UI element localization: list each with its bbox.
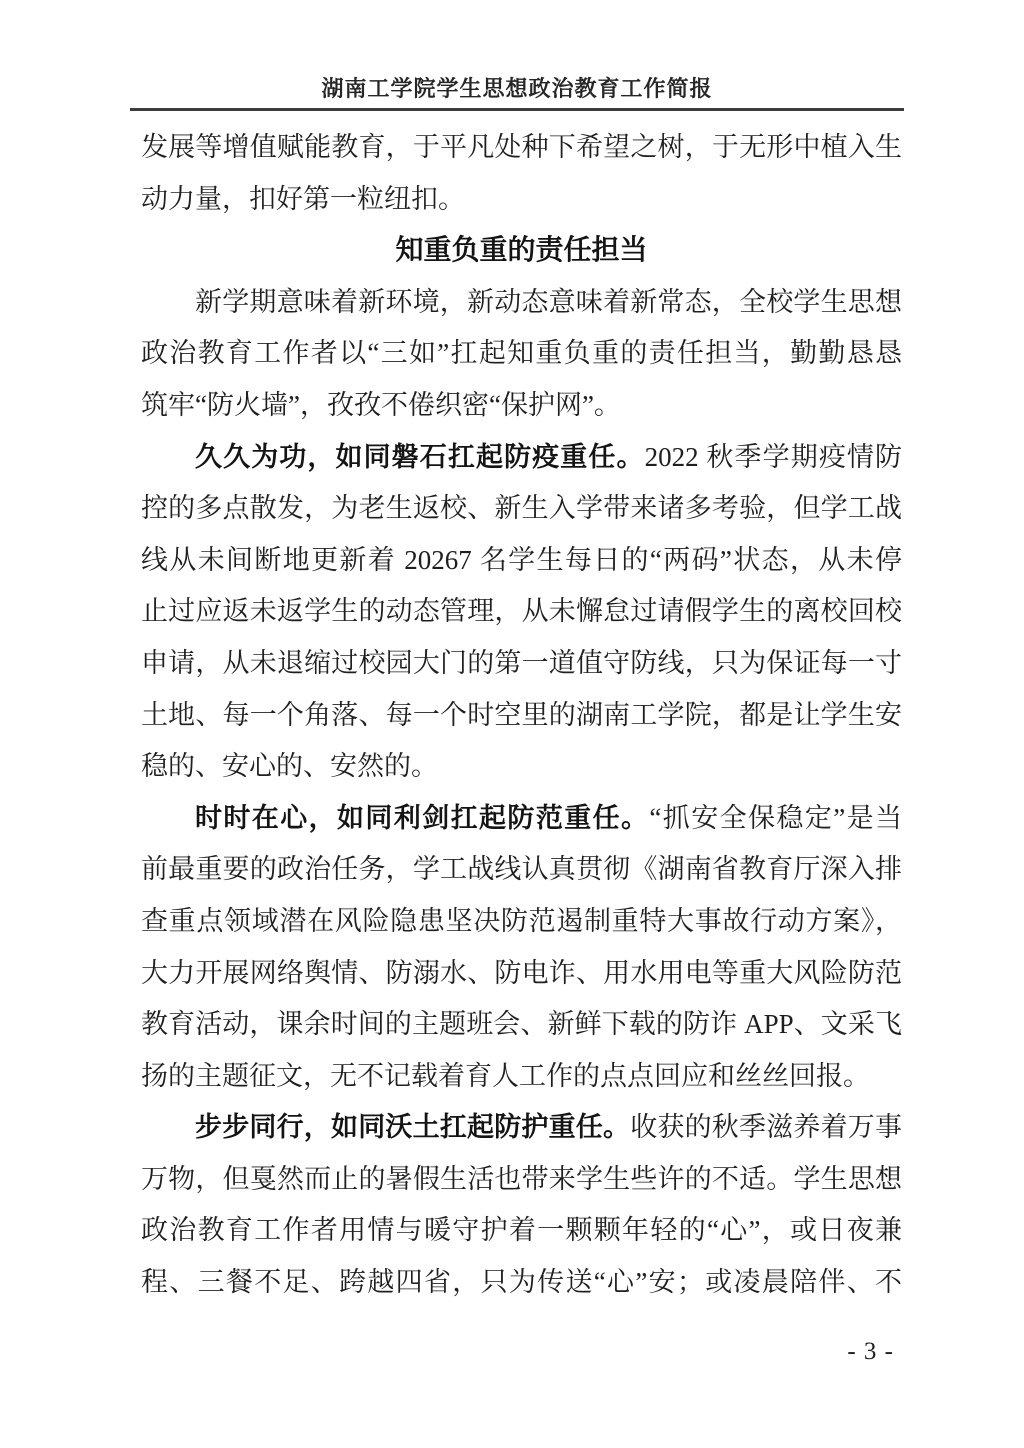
text-line: 线从未间断地更新着 20267 名学生每日的“两码”状态，从未停 <box>141 535 902 587</box>
text-line: 查重点领域潜在风险隐患坚决防范遏制重特大事故行动方案》， <box>141 896 902 948</box>
text-run: 筑牢“防火墙”，孜孜不倦织密“保护网”。 <box>141 390 621 420</box>
text-run: 土地、每一个角落、每一个时空里的湖南工学院，都是让学生安 <box>141 700 902 730</box>
text-line: 政治教育工作者用情与暖守护着一颗颗年轻的“心”，或日夜兼 <box>141 1205 902 1257</box>
text-line: 发展等增值赋能教育，于平凡处种下希望之树，于无形中植入生 <box>141 122 902 174</box>
text-run: 控的多点散发，为老生返校、新生入学带来诸多考验，但学工战 <box>141 493 902 523</box>
text-run: “抓安全保稳定”是当 <box>649 803 902 833</box>
text-line: 大力开展网络舆情、防溺水、防电诈、用水用电等重大风险防范 <box>141 948 902 1000</box>
text-line: 动力量，扣好第一粒纽扣。 <box>141 174 902 226</box>
document-body: 发展等增值赋能教育，于平凡处种下希望之树，于无形中植入生动力量，扣好第一粒纽扣。… <box>141 122 902 1309</box>
text-run: 申请，从未退缩过校园大门的第一道值守防线，只为保证每一寸 <box>141 648 902 678</box>
text-line: 教育活动，课余时间的主题班会、新鲜下载的防诈 APP、文采飞 <box>141 999 902 1051</box>
text-line: 稳的、安心的、安然的。 <box>141 741 902 793</box>
header-title: 湖南工学院学生思想政治教育工作简报 <box>130 72 904 103</box>
text-run: 扬的主题征文，无不记载着育人工作的点点回应和丝丝回报。 <box>141 1061 870 1091</box>
text-run: 政治教育工作者以“三如”扛起知重负重的责任担当，勤勤恳恳 <box>141 338 902 368</box>
page-number: - 3 - <box>847 1338 894 1366</box>
text-line: 久久为功，如同磐石扛起防疫重任。2022 秋季学期疫情防 <box>141 432 902 484</box>
page-header: 湖南工学院学生思想政治教育工作简报 <box>130 72 904 111</box>
text-line: 控的多点散发，为老生返校、新生入学带来诸多考验，但学工战 <box>141 483 902 535</box>
text-run: 大力开展网络舆情、防溺水、防电诈、用水用电等重大风险防范 <box>141 958 902 988</box>
text-line: 申请，从未退缩过校园大门的第一道值守防线，只为保证每一寸 <box>141 638 902 690</box>
text-run: 稳的、安心的、安然的。 <box>141 751 438 781</box>
text-line: 时时在心，如同利剑扛起防范重任。“抓安全保稳定”是当 <box>141 793 902 845</box>
text-line: 政治教育工作者以“三如”扛起知重负重的责任担当，勤勤恳恳 <box>141 328 902 380</box>
text-run: 新学期意味着新环境，新动态意味着新常态，全校学生思想 <box>195 287 902 317</box>
text-line: 筑牢“防火墙”，孜孜不倦织密“保护网”。 <box>141 380 902 432</box>
bold-text-run: 步步同行，如同沃土扛起防护重任。 <box>195 1112 630 1142</box>
section-heading: 知重负重的责任担当 <box>141 225 902 277</box>
text-run: 止过应返未返学生的动态管理，从未懈怠过请假学生的离校回校 <box>141 596 902 626</box>
text-line: 止过应返未返学生的动态管理，从未懈怠过请假学生的离校回校 <box>141 586 902 638</box>
text-line: 前最重要的政治任务，学工战线认真贯彻《湖南省教育厅深入排 <box>141 844 902 896</box>
text-run: 前最重要的政治任务，学工战线认真贯彻《湖南省教育厅深入排 <box>141 854 902 884</box>
text-line: 扬的主题征文，无不记载着育人工作的点点回应和丝丝回报。 <box>141 1051 902 1103</box>
bold-text-run: 知重负重的责任担当 <box>395 235 647 266</box>
text-run: 程、三餐不足、跨越四省，只为传送“心”安；或凌晨陪伴、不 <box>141 1267 902 1297</box>
bold-text-run: 久久为功，如同磐石扛起防疫重任。 <box>195 442 645 472</box>
text-run: 动力量，扣好第一粒纽扣。 <box>141 184 465 214</box>
text-run: 查重点领域潜在风险隐患坚决防范遏制重特大事故行动方案》， <box>141 906 902 936</box>
text-line: 土地、每一个角落、每一个时空里的湖南工学院，都是让学生安 <box>141 690 902 742</box>
text-line: 万物，但戛然而止的暑假生活也带来学生些许的不适。学生思想 <box>141 1154 902 1206</box>
text-line: 步步同行，如同沃土扛起防护重任。收获的秋季滋养着万事 <box>141 1102 902 1154</box>
text-line: 新学期意味着新环境，新动态意味着新常态，全校学生思想 <box>141 277 902 329</box>
bold-text-run: 时时在心，如同利剑扛起防范重任。 <box>195 803 649 833</box>
text-run: 2022 秋季学期疫情防 <box>645 442 902 472</box>
text-run: 万物，但戛然而止的暑假生活也带来学生些许的不适。学生思想 <box>141 1164 902 1194</box>
text-run: 政治教育工作者用情与暖守护着一颗颗年轻的“心”，或日夜兼 <box>141 1215 902 1245</box>
header-rule <box>130 108 904 111</box>
document-page: 湖南工学院学生思想政治教育工作简报 发展等增值赋能教育，于平凡处种下希望之树，于… <box>0 0 1024 1448</box>
text-run: 线从未间断地更新着 20267 名学生每日的“两码”状态，从未停 <box>141 545 902 575</box>
text-run: 发展等增值赋能教育，于平凡处种下希望之树，于无形中植入生 <box>141 132 902 162</box>
text-line: 程、三餐不足、跨越四省，只为传送“心”安；或凌晨陪伴、不 <box>141 1257 902 1309</box>
text-run: 教育活动，课余时间的主题班会、新鲜下载的防诈 APP、文采飞 <box>141 1009 902 1039</box>
text-run: 收获的秋季滋养着万事 <box>630 1112 902 1142</box>
